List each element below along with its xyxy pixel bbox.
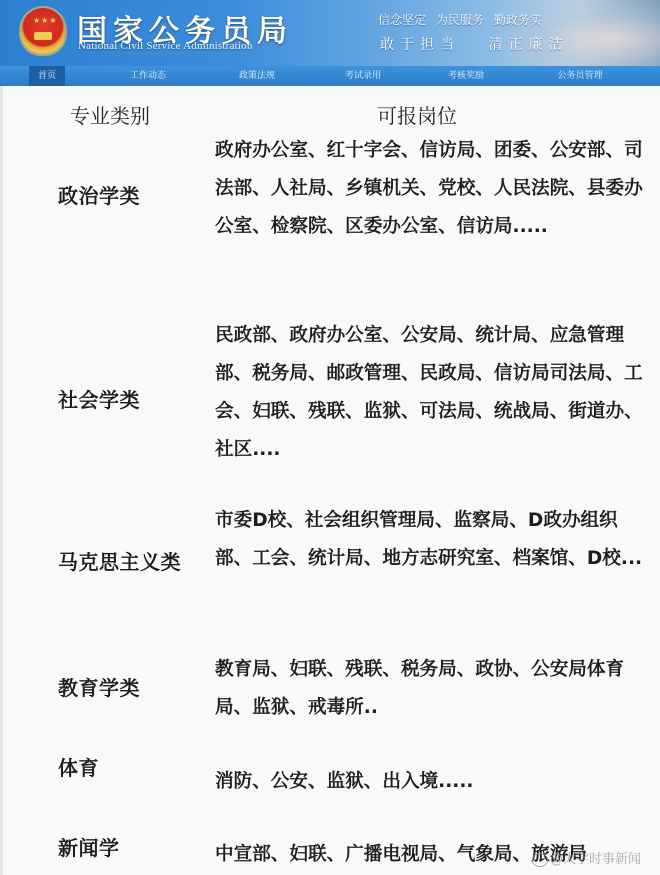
watermark-text: @大学时事新闻	[550, 852, 641, 867]
watermark: @大学时事新闻	[532, 848, 641, 867]
category-label: 马克思主义类	[58, 546, 181, 575]
column-header-major-category: 专业类别	[70, 100, 150, 129]
category-label: 体育	[58, 752, 99, 781]
site-banner: ★★★ 国家公务员局 National Civil Service Admini…	[0, 0, 660, 66]
nav-item-home[interactable]: 首页	[29, 66, 65, 86]
stars-icon: ★★★	[33, 15, 53, 27]
national-emblem-icon: ★★★	[21, 8, 65, 54]
category-label: 新闻学	[58, 832, 120, 861]
nav-item-civil-servant-management[interactable]: 公务员管理	[545, 66, 615, 86]
slogan: 清正廉洁	[488, 37, 568, 53]
slogan: 敢于担当	[380, 37, 460, 53]
content-border	[0, 86, 3, 875]
column-header-eligible-positions: 可报岗位	[377, 100, 457, 129]
slogan-line-1: 信念坚定 为民服务 勤政务实	[378, 11, 548, 28]
positions-text: 市委D校、社会组织管理局、监察局、D政办组织部、工会、统计局、地方志研究室、档案…	[215, 502, 645, 578]
nav-item-assessment-rewards[interactable]: 考核奖励	[436, 66, 496, 86]
positions-text: 政府办公室、红十字会、信访局、团委、公安部、司法部、人社局、乡镇机关、党校、人民…	[215, 132, 645, 246]
positions-text: 教育局、妇联、残联、税务局、政协、公安局体育局、监狱、戒毒所..	[215, 651, 645, 727]
slogan: 为民服务	[436, 13, 484, 27]
tiananmen-gate-icon	[34, 32, 52, 40]
positions-text: 消防、公安、监狱、出入境.....	[215, 763, 645, 801]
nav-item-exam-recruitment[interactable]: 考试录用	[333, 66, 393, 86]
category-label: 教育学类	[58, 672, 140, 701]
site-subtitle: National Civil Service Administration	[78, 40, 253, 52]
slogan: 信念坚定	[378, 13, 426, 27]
slogan-line-2: 敢于担当 清正廉洁	[380, 34, 586, 54]
category-label: 社会学类	[58, 384, 140, 413]
main-nav: 首页 工作动态 政策法规 考试录用 考核奖励 公务员管理	[0, 66, 660, 86]
nav-item-work-news[interactable]: 工作动态	[118, 66, 178, 86]
nav-item-policies[interactable]: 政策法规	[227, 66, 287, 86]
weibo-icon	[532, 853, 548, 867]
category-label: 政治学类	[58, 180, 140, 209]
slogan: 勤政务实	[494, 13, 542, 27]
positions-text: 民政部、政府办公室、公安局、统计局、应急管理部、税务局、邮政管理、民政局、信访局…	[215, 317, 645, 469]
